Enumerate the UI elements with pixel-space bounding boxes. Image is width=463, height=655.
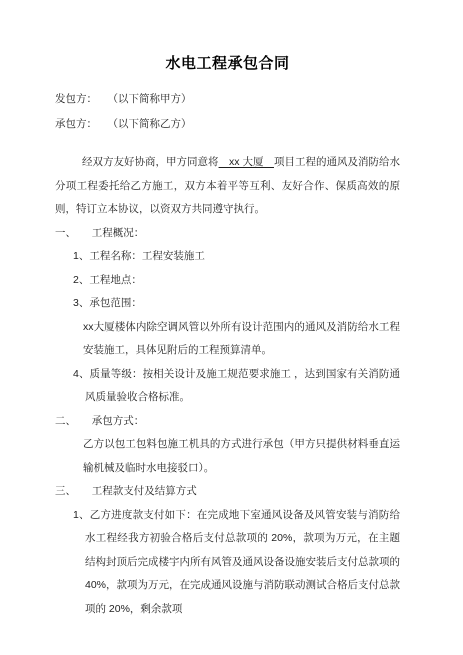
section-2-heading: 二、 承包方式：: [55, 410, 400, 434]
intro-paragraph: 经双方友好协商，甲方同意将 xx 大厦 项目工程的通风及消防给水分项工程委托给乙…: [55, 151, 400, 222]
section-3-heading: 三、 工程款支付及结算方式: [55, 480, 400, 504]
section-1-item-4: 4、质量等级：按相关设计及施工规范要求施工 ，达到国家有关消防通风质量验收合格标…: [55, 363, 400, 410]
section-1-item-2: 2、工程地点：: [55, 269, 400, 293]
contract-page: 水电工程承包合同 发包方： （以下简称甲方） 承包方： （以下简称乙方） 经双方…: [0, 0, 463, 655]
section-2-detail: 乙方以包工包料包施工机具的方式进行承包（甲方只提供材料垂直运输机械及临时水电接驳…: [55, 433, 400, 480]
section-3-item-1: 1、乙方进度款支付如下：在完成地下室通风设备及风管安装与消防给水工程经我方初验合…: [55, 504, 400, 622]
party-line-employer: 发包方： （以下简称甲方）: [55, 87, 400, 112]
intro-text-pre: 经双方友好协商，甲方同意将: [82, 156, 219, 168]
section-1-heading: 一、 工程概况：: [55, 222, 400, 246]
section-1-item-3: 3、承包范围：: [55, 292, 400, 316]
document-title: 水电工程承包合同: [55, 53, 400, 75]
project-name-blank: xx 大厦: [219, 156, 274, 168]
section-1-item-3-detail: xx大厦楼体内除空调风管以外所有设计范围内的通风及消防给水工程安装施工，具体见附…: [55, 316, 400, 363]
party-line-contractor: 承包方： （以下简称乙方）: [55, 112, 400, 137]
section-1-item-1: 1、工程名称：工程安装施工: [55, 245, 400, 269]
